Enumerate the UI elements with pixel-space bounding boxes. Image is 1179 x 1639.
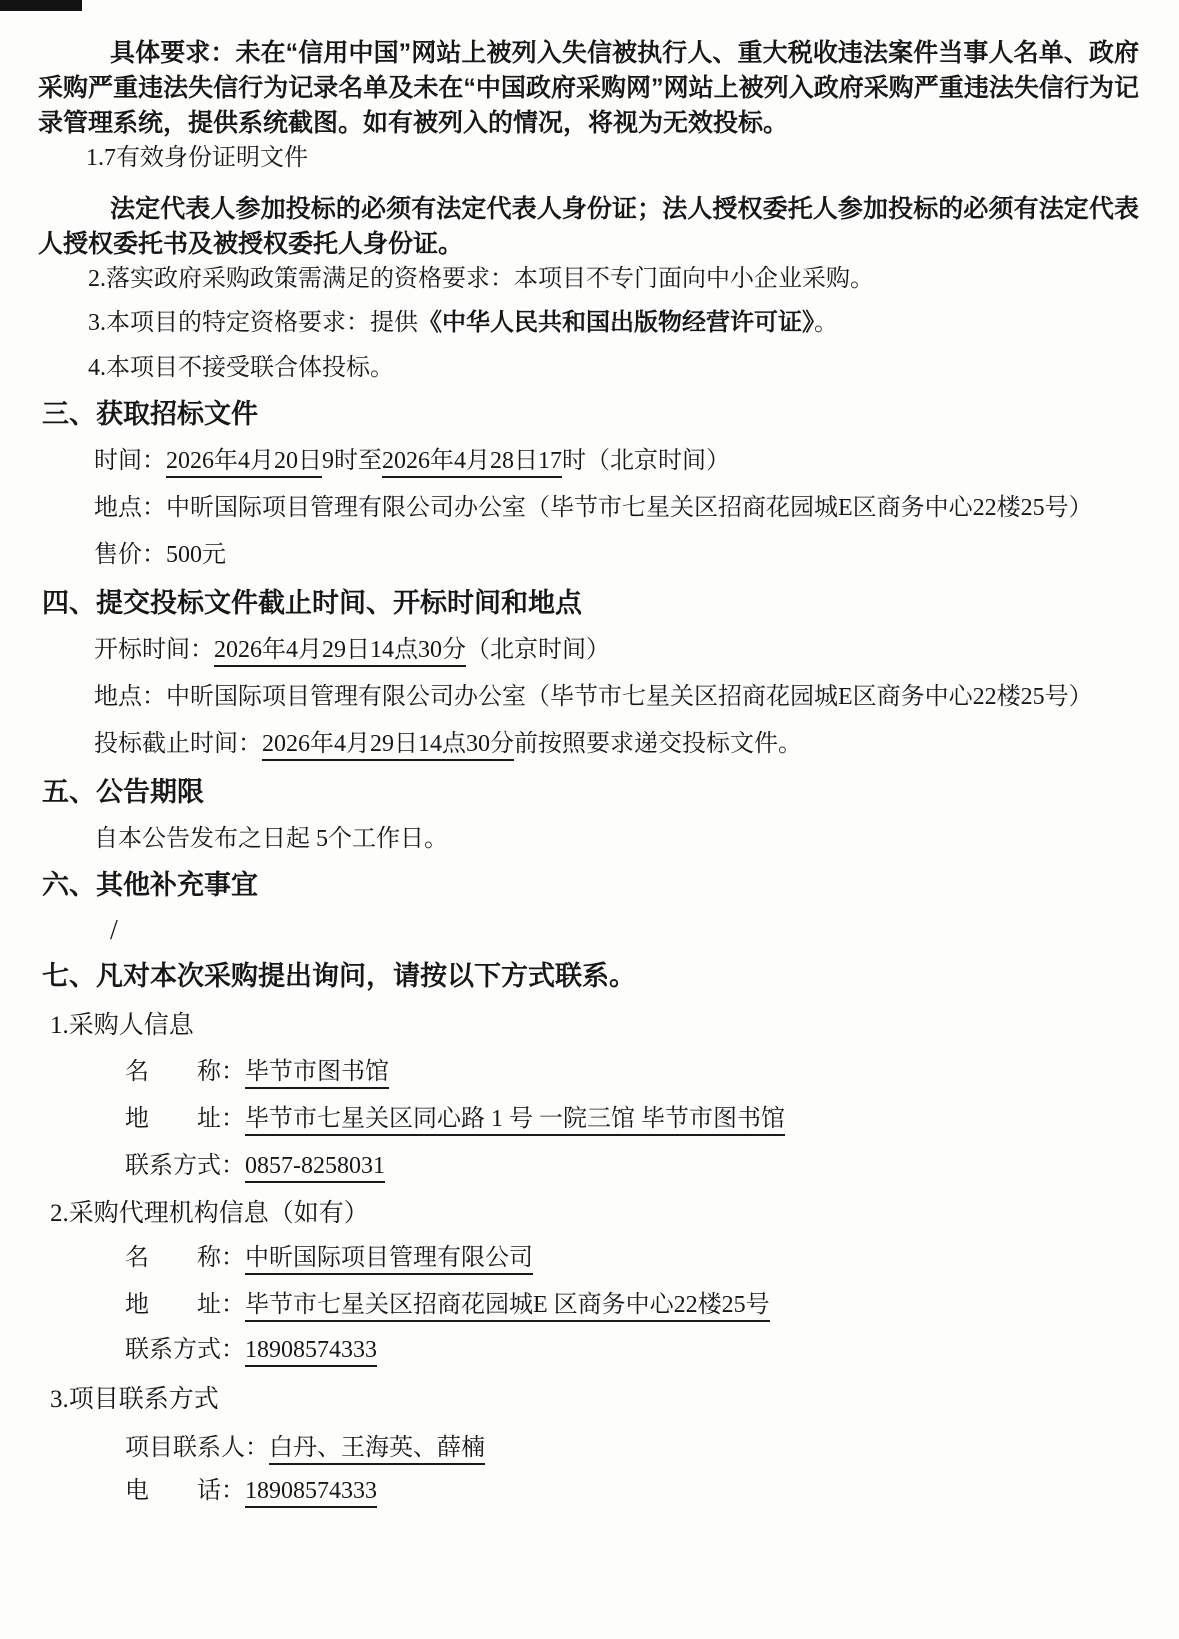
item-3-license-title: 《中华人民共和国出版物经营许可证》 — [418, 309, 814, 336]
agency-name-value: 中昕国际项目管理有限公司 — [245, 1245, 533, 1275]
item-3-prefix: 3.本项目的特定资格要求：提供 — [88, 310, 418, 336]
purchaser-contact-row: 联系方式：0857-8258031 — [125, 1149, 1139, 1184]
project-contact-person-row: 项目联系人：白丹、王海英、薛楠 — [125, 1431, 1139, 1466]
purchaser-contact-label: 联系方式： — [125, 1153, 245, 1179]
section-5-body: 自本公告发布之日起 5个工作日。 — [94, 822, 1139, 857]
section-3-location-row: 地点：中昕国际项目管理有限公司办公室（毕节市七星关区招商花园城E区商务中心22楼… — [94, 491, 1139, 526]
project-contact-person-value: 白丹、王海英、薛楠 — [269, 1435, 485, 1465]
deadline-label: 投标截止时间： — [94, 731, 262, 757]
item-4-no-consortium: 4.本项目不接受联合体投标。 — [88, 351, 1139, 386]
deadline-value: 2026年4月29日14点30分 — [262, 731, 514, 761]
item-3-specific-qualification: 3.本项目的特定资格要求：提供《中华人民共和国出版物经营许可证》。 — [88, 305, 1139, 341]
time-date-from: 2026年4月20日 — [166, 448, 322, 478]
scan-artifact-mark — [0, 0, 82, 11]
item-1-7-identity-documents: 1.7有效身份证明文件 — [86, 141, 1139, 176]
project-contact-heading: 3.项目联系方式 — [50, 1382, 1139, 1417]
opening-time-label: 开标时间： — [94, 637, 214, 663]
section-6-title: 六、其他补充事宜 — [42, 867, 1139, 903]
opening-time-value: 2026年4月29日14点30分 — [214, 637, 466, 667]
section-4-deadline-row: 投标截止时间：2026年4月29日14点30分前按照要求递交投标文件。 — [94, 727, 1139, 762]
section-6-body-slash: / — [110, 913, 1139, 948]
agency-contact-value: 18908574333 — [245, 1337, 377, 1367]
item-2-policy-requirements: 2.落实政府采购政策需满足的资格要求：本项目不专门面向中小企业采购。 — [88, 262, 1139, 297]
purchaser-address-row: 地 址：毕节市七星关区同心路 1 号 一院三馆 毕节市图书馆 — [125, 1102, 1139, 1137]
para-specific-requirements: 具体要求：未在“信用中国”网站上被列入失信被执行人、重大税收违法案件当事人名单、… — [38, 36, 1139, 141]
purchaser-contact-value: 0857-8258031 — [245, 1153, 385, 1183]
purchaser-name-row: 名 称：毕节市图书馆 — [125, 1055, 1139, 1090]
purchaser-name-label: 名 称： — [125, 1059, 245, 1085]
purchaser-address-value: 毕节市七星关区同心路 1 号 一院三馆 毕节市图书馆 — [245, 1106, 785, 1136]
section-4-location-row: 地点：中昕国际项目管理有限公司办公室（毕节市七星关区招商花园城E区商务中心22楼… — [94, 680, 1139, 715]
document-page: 具体要求：未在“信用中国”网站上被列入失信被执行人、重大税收违法案件当事人名单、… — [0, 0, 1179, 1639]
time-tail: 时（北京时间） — [562, 448, 730, 474]
project-contact-person-label: 项目联系人： — [125, 1435, 269, 1461]
deadline-tail: 前按照要求递交投标文件。 — [514, 731, 802, 757]
section-5-title: 五、公告期限 — [42, 774, 1139, 810]
agency-address-value: 毕节市七星关区招商花园城E 区商务中心22楼25号 — [245, 1292, 770, 1322]
section-4-opening-time-row: 开标时间：2026年4月29日14点30分（北京时间） — [94, 633, 1139, 668]
section-3-time-row: 时间：2026年4月20日9时至2026年4月28日17时（北京时间） — [94, 444, 1139, 479]
section-3-price-row: 售价：500元 — [94, 538, 1139, 573]
purchaser-name-value: 毕节市图书馆 — [245, 1059, 389, 1089]
project-contact-phone-row: 电 话：18908574333 — [125, 1474, 1139, 1509]
time-label: 时间： — [94, 448, 166, 474]
project-contact-phone-value: 18908574333 — [245, 1478, 377, 1508]
agency-name-row: 名 称：中昕国际项目管理有限公司 — [125, 1241, 1139, 1276]
section-7-title: 七、凡对本次采购提出询问，请按以下方式联系。 — [42, 958, 1139, 994]
item-3-suffix: 。 — [814, 310, 838, 336]
agency-address-row: 地 址：毕节市七星关区招商花园城E 区商务中心22楼25号 — [125, 1288, 1139, 1323]
agency-contact-label: 联系方式： — [125, 1337, 245, 1363]
time-date-to: 2026年4月28日17 — [382, 448, 562, 478]
purchaser-heading: 1.采购人信息 — [50, 1008, 1139, 1043]
agency-heading: 2.采购代理机构信息（如有） — [50, 1196, 1139, 1231]
agency-address-label: 地 址： — [125, 1292, 245, 1318]
para-legal-representative: 法定代表人参加投标的必须有法定代表人身份证；法人授权委托人参加投标的必须有法定代… — [38, 192, 1139, 262]
project-contact-phone-label: 电 话： — [125, 1478, 245, 1504]
section-3-title: 三、获取招标文件 — [42, 396, 1139, 432]
purchaser-address-label: 地 址： — [125, 1106, 245, 1132]
section-4-title: 四、提交投标文件截止时间、开标时间和地点 — [42, 585, 1139, 621]
agency-contact-row: 联系方式：18908574333 — [125, 1333, 1139, 1368]
time-mid: 9时至 — [322, 448, 382, 474]
agency-name-label: 名 称： — [125, 1245, 245, 1271]
opening-time-tail: （北京时间） — [466, 637, 610, 663]
